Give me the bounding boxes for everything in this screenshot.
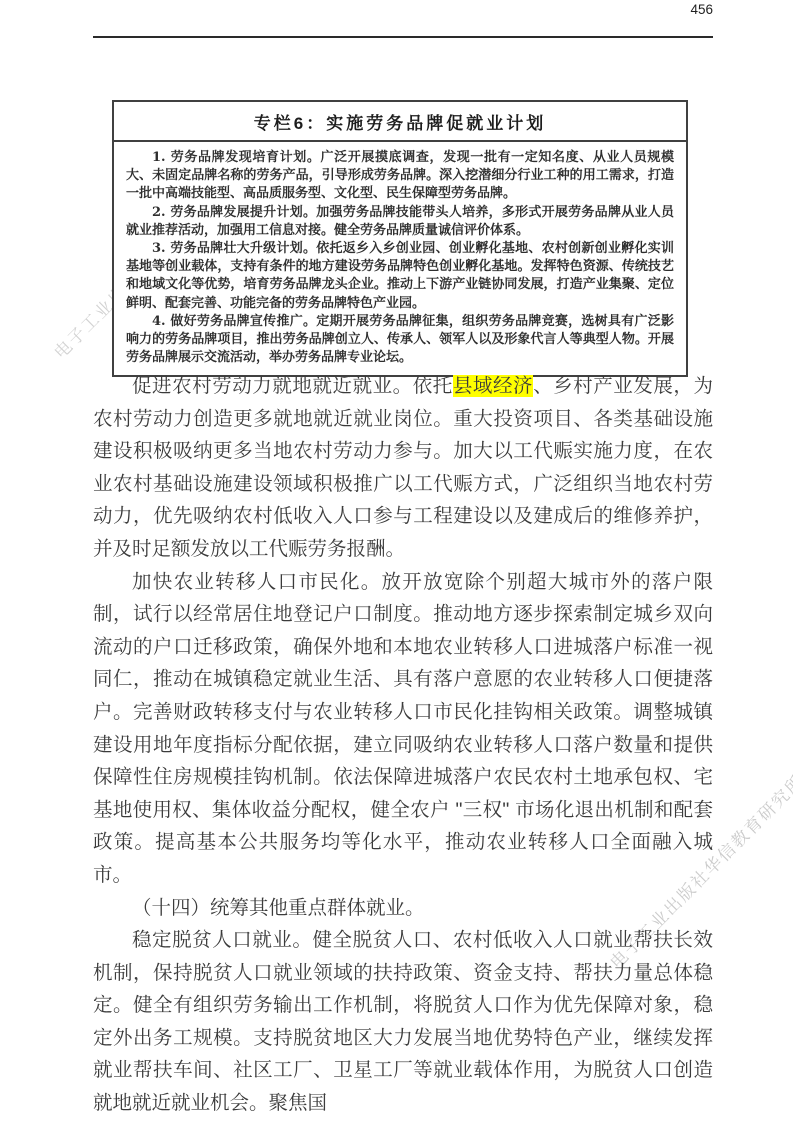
callout-box-item: 3. 劳务品牌壮大升级计划。依托返乡入乡创业园、创业孵化基地、农村创新创业孵化实…: [126, 240, 674, 313]
paragraph-section-heading: （十四）统筹其他重点群体就业。: [93, 892, 713, 925]
callout-box-item: 1. 劳务品牌发现培育计划。广泛开展摸底调查，发现一批有一定知名度、从业人员规模…: [126, 149, 674, 204]
callout-box-item: 4. 做好劳务品牌宣传推广。定期开展劳务品牌征集，组织劳务品牌竞赛，选树具有广泛…: [126, 313, 674, 368]
body-text: 促进农村劳动力就地就近就业。依托县域经济、乡村产业发展，为农村劳动力创造更多就地…: [93, 370, 713, 1120]
callout-box-title: 专栏6：实施劳务品牌促就业计划: [114, 102, 686, 142]
paragraph-text: 促进农村劳动力就地就近就业。依托: [132, 375, 453, 397]
paragraph-local-employment: 促进农村劳动力就地就近就业。依托县域经济、乡村产业发展，为农村劳动力创造更多就地…: [93, 370, 713, 566]
document-page: 电子工业出版社华信教育研究所 电子工业出版社华信教育研究所 456 专栏6：实施…: [0, 0, 793, 1122]
paragraph-poverty-relief-employment: 稳定脱贫人口就业。健全脱贫人口、农村低收入人口就业帮扶长效机制，保持脱贫人口就业…: [93, 924, 713, 1120]
paragraph-urbanization: 加快农业转移人口市民化。放开放宽除个别超大城市外的落户限制，试行以经常居住地登记…: [93, 566, 713, 892]
highlighted-term: 县域经济: [453, 375, 533, 397]
callout-box: 专栏6：实施劳务品牌促就业计划 1. 劳务品牌发现培育计划。广泛开展摸底调查，发…: [112, 100, 688, 377]
page-number: 456: [690, 2, 713, 17]
header-rule: [93, 36, 713, 38]
callout-box-body: 1. 劳务品牌发现培育计划。广泛开展摸底调查，发现一批有一定知名度、从业人员规模…: [114, 142, 686, 375]
callout-box-item: 2. 劳务品牌发展提升计划。加强劳务品牌技能带头人培养，多形式开展劳务品牌从业人…: [126, 204, 674, 240]
paragraph-text: 、乡村产业发展，为农村劳动力创造更多就地就近就业岗位。重大投资项目、各类基础设施…: [93, 375, 713, 560]
